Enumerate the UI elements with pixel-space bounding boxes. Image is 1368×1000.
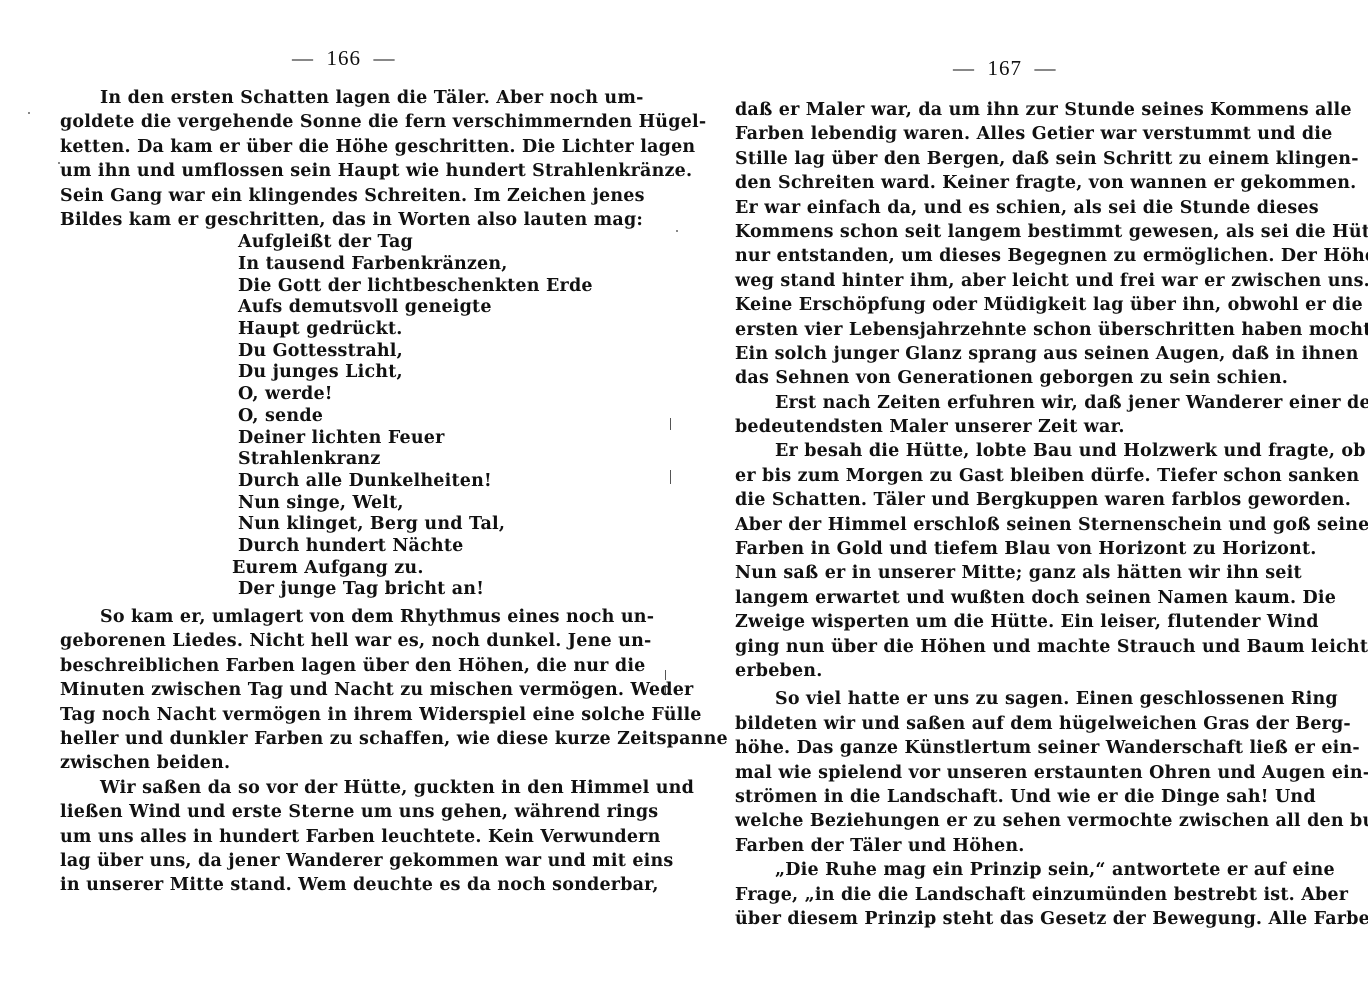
text-line: Tag noch Nacht vermögen in ihrem Widersp… [60, 703, 590, 727]
text-line: mal wie spielend vor unseren erstaunten … [735, 761, 1255, 785]
text-line: langem erwartet und wußten doch seinen N… [735, 586, 1255, 610]
text-line: ging nun über die Höhen und machte Strau… [735, 635, 1255, 659]
text-line: Wir saßen da so vor der Hütte, guckten i… [60, 776, 630, 800]
text-line: Farben in Gold und tiefem Blau von Horiz… [735, 537, 1255, 561]
poem-line: Aufgleißt der Tag [238, 232, 600, 254]
text-line: Ein solch junger Glanz sprang aus seinen… [735, 342, 1255, 366]
text-line: ersten vier Lebensjahrzehnte schon übers… [735, 318, 1255, 342]
poem-line: Nun klinget, Berg und Tal, [238, 514, 600, 536]
text-line: den Schreiten ward. Keiner fragte, von w… [735, 171, 1255, 195]
poem-line: Aufs demutsvoll geneigte [238, 297, 600, 319]
text-line: Aber der Himmel erschloß seinen Sternens… [735, 513, 1255, 537]
text-line: über diesem Prinzip steht das Gesetz der… [735, 907, 1255, 931]
text-line: welche Beziehungen er zu sehen vermochte… [735, 809, 1255, 833]
paragraph: daß er Maler war, da um ihn zur Stunde s… [735, 98, 1260, 391]
text-line: Er war einfach da, und es schien, als se… [735, 196, 1255, 220]
paragraph: In den ersten Schatten lagen die Täler. … [60, 86, 600, 232]
text-line: um ihn und umflossen sein Haupt wie hund… [60, 159, 590, 183]
page-number-right: — 167 — [953, 56, 1057, 81]
text-line: zwischen beiden. [60, 751, 590, 775]
text-line: Zweige wisperten um die Hütte. Ein leise… [735, 610, 1255, 634]
poem-line: Die Gott der lichtbeschenkten Erde [238, 276, 600, 298]
text-line: ließen Wind und erste Sterne um uns gehe… [60, 800, 590, 824]
text-line: Nun saß er in unserer Mitte; ganz als hä… [735, 561, 1255, 585]
text-line: geborenen Liedes. Nicht hell war es, noc… [60, 629, 590, 653]
text-line: Bildes kam er geschritten, das in Worten… [60, 208, 590, 232]
book-spread: — 166 — In den ersten Schatten lagen die… [0, 0, 1368, 1000]
scan-artifact [28, 112, 30, 114]
right-page: — 167 — daß er Maler war, da um ihn zur … [735, 0, 1260, 1000]
poem-line: Du Gottesstrahl, [238, 341, 600, 363]
poem-line: O, werde! [238, 384, 600, 406]
text-line: Frage, „in die die Landschaft einzumünde… [735, 883, 1255, 907]
poem-line: In tausend Farbenkränzen, [238, 254, 600, 276]
text-line: nur entstanden, um dieses Begegnen zu er… [735, 244, 1255, 268]
text-line: Minuten zwischen Tag und Nacht zu mische… [60, 678, 590, 702]
left-page-text: In den ersten Schatten lagen die Täler. … [60, 86, 600, 898]
paragraph: So kam er, umlagert von dem Rhythmus ein… [60, 605, 600, 776]
text-line: heller und dunkler Farben zu schaffen, w… [60, 727, 590, 751]
text-line: daß er Maler war, da um ihn zur Stunde s… [735, 98, 1255, 122]
scan-artifact [676, 230, 678, 232]
text-line: So viel hatte er uns zu sagen. Einen ges… [735, 687, 1295, 711]
paragraph: „Die Ruhe mag ein Prinzip sein,“ antwort… [735, 858, 1260, 931]
poem-line: Durch alle Dunkelheiten! [238, 471, 600, 493]
text-line: die Schatten. Täler und Bergkuppen waren… [735, 488, 1255, 512]
text-line: So kam er, umlagert von dem Rhythmus ein… [60, 605, 630, 629]
poem-line: Strahlenkranz [238, 449, 600, 471]
poem-line: Nun singe, Welt, [238, 493, 600, 515]
text-line: höhe. Das ganze Künstlertum seiner Wande… [735, 736, 1255, 760]
poem-line: Haupt gedrückt. [238, 319, 600, 341]
poem-line: O, sende [238, 406, 600, 428]
text-line: In den ersten Schatten lagen die Täler. … [60, 86, 630, 110]
text-line: beschreiblichen Farben lagen über den Hö… [60, 654, 590, 678]
poem-line: Du junges Licht, [238, 362, 600, 384]
scan-artifact [670, 418, 671, 430]
text-line: weg stand hinter ihm, aber leicht und fr… [735, 269, 1255, 293]
paragraph: Erst nach Zeiten erfuhren wir, daß jener… [735, 391, 1260, 440]
text-line: Erst nach Zeiten erfuhren wir, daß jener… [735, 391, 1295, 415]
text-line: Keine Erschöpfung oder Müdigkeit lag übe… [735, 293, 1255, 317]
scan-artifact [58, 162, 60, 164]
poem: Aufgleißt der Tag In tausend Farbenkränz… [60, 232, 600, 601]
text-line: lag über uns, da jener Wanderer gekommen… [60, 849, 590, 873]
text-line: um uns alles in hundert Farben leuchtete… [60, 825, 590, 849]
text-line: erbeben. [735, 659, 1255, 683]
scan-artifact [665, 686, 666, 694]
poem-line: Durch hundert Nächte [238, 536, 600, 558]
page-number-left: — 166 — [292, 46, 396, 71]
text-line: das Sehnen von Generationen geborgen zu … [735, 366, 1255, 390]
poem-line: Eurem Aufgang zu. [232, 558, 600, 580]
text-line: bildeten wir und saßen auf dem hügelweic… [735, 712, 1255, 736]
left-page: — 166 — In den ersten Schatten lagen die… [60, 0, 600, 1000]
text-line: Farben der Täler und Höhen. [735, 834, 1255, 858]
text-line: strömen in die Landschaft. Und wie er di… [735, 785, 1255, 809]
text-line: Er besah die Hütte, lobte Bau und Holzwe… [735, 439, 1295, 463]
paragraph: Er besah die Hütte, lobte Bau und Holzwe… [735, 439, 1260, 683]
text-line: Farben lebendig waren. Alles Getier war … [735, 122, 1255, 146]
text-line: er bis zum Morgen zu Gast bleiben dürfe.… [735, 464, 1255, 488]
text-line: „Die Ruhe mag ein Prinzip sein,“ antwort… [735, 858, 1295, 882]
paragraph: Wir saßen da so vor der Hütte, guckten i… [60, 776, 600, 898]
scan-artifact [670, 470, 671, 484]
right-page-text: daß er Maler war, da um ihn zur Stunde s… [735, 98, 1260, 931]
text-line: Kommens schon seit langem bestimmt gewes… [735, 220, 1255, 244]
scan-artifact [665, 670, 666, 680]
text-line: ketten. Da kam er über die Höhe geschrit… [60, 135, 590, 159]
poem-line: Deiner lichten Feuer [238, 428, 600, 450]
text-line: Stille lag über den Bergen, daß sein Sch… [735, 147, 1255, 171]
paragraph: So viel hatte er uns zu sagen. Einen ges… [735, 687, 1260, 858]
text-line: bedeutendsten Maler unserer Zeit war. [735, 415, 1255, 439]
text-line: Sein Gang war ein klingendes Schreiten. … [60, 184, 590, 208]
text-line: in unserer Mitte stand. Wem deuchte es d… [60, 873, 590, 897]
poem-line: Der junge Tag bricht an! [238, 579, 600, 601]
text-line: goldete die vergehende Sonne die fern ve… [60, 110, 590, 134]
